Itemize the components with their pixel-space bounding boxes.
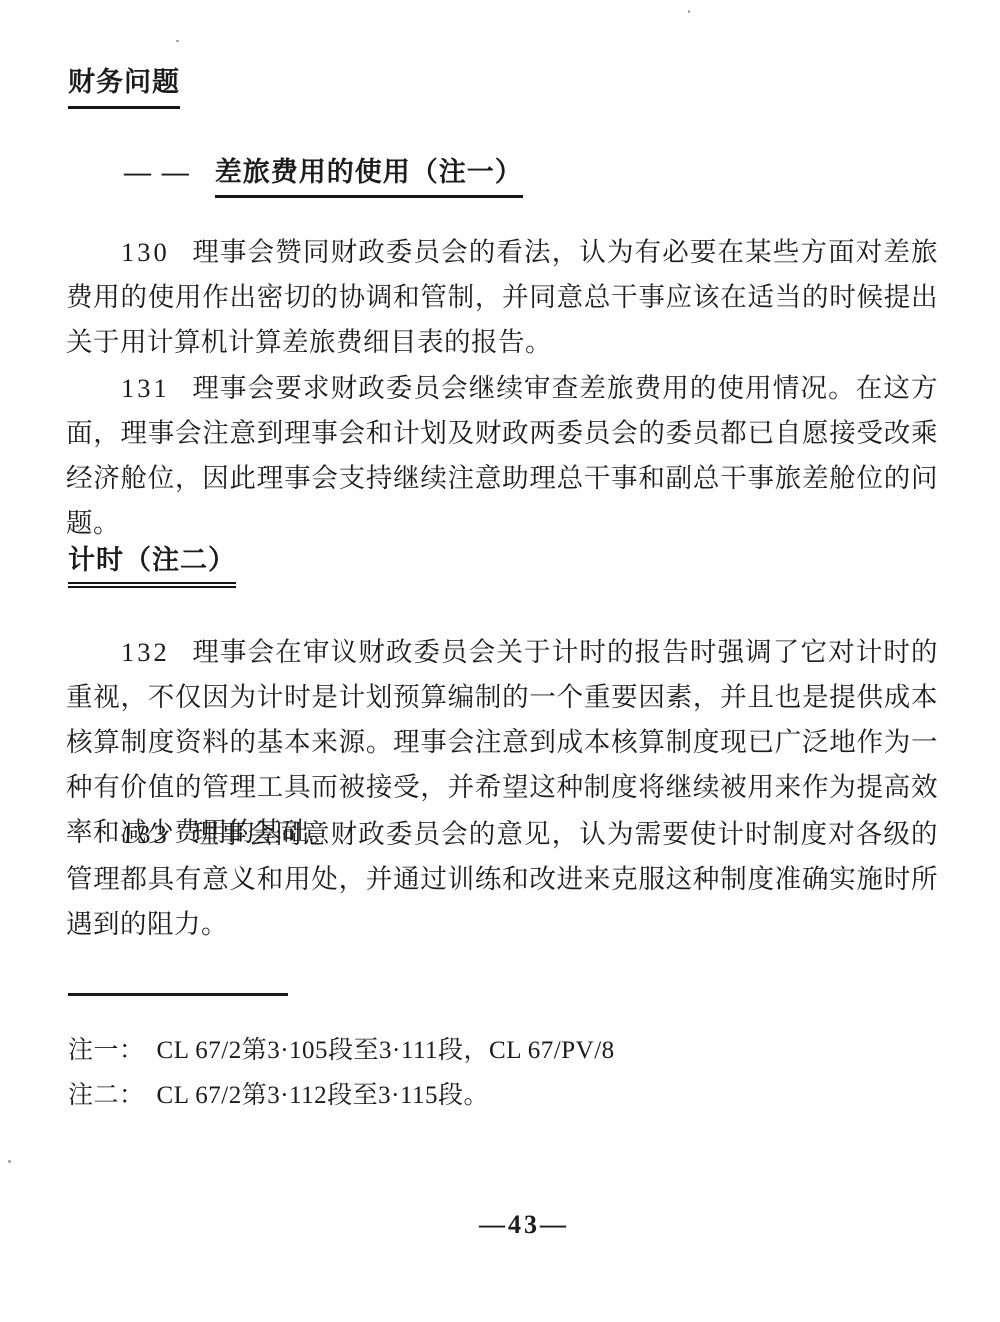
paragraph-133: 133理事会同意财政委员会的意见，认为需要使计时制度对各级的管理都具有意义和用处…: [66, 812, 938, 947]
page-number: —43—: [0, 1210, 1000, 1240]
paragraph-131-text: 理事会要求财政委员会继续审查差旅费用的使用情况。在这方面，理事会注意到理事会和计…: [66, 373, 938, 538]
footnote-separator-rule: [68, 993, 288, 996]
scan-speck: [8, 1160, 11, 1163]
section-heading-timekeeping: 计时（注二）: [68, 538, 236, 588]
footnote-2-text: CL 67/2第3·112段至3·115段。: [157, 1082, 490, 1109]
paragraph-132-number: 132: [121, 637, 170, 667]
scanned-document-page: 财务问题 — —差旅费用的使用（注一） 130理事会赞同财政委员会的看法，认为有…: [0, 0, 1000, 1322]
footnote-1-label: 注一：: [68, 1037, 145, 1064]
paragraph-130-number: 130: [121, 237, 170, 267]
list-dash-marker: — —: [124, 157, 191, 188]
section-heading-finance: 财务问题: [68, 60, 180, 109]
subsection-heading-travel-costs: — —差旅费用的使用（注一）: [124, 150, 523, 198]
paragraph-130-text: 理事会赞同财政委员会的看法，认为有必要在某些方面对差旅费用的使用作出密切的协调和…: [66, 237, 938, 357]
footnote-2-label: 注二：: [68, 1082, 145, 1109]
scan-speck: [688, 10, 690, 13]
scan-speck: [176, 40, 179, 42]
section-heading-finance-text: 财务问题: [68, 60, 180, 109]
paragraph-131: 131理事会要求财政委员会继续审查差旅费用的使用情况。在这方面，理事会注意到理事…: [66, 366, 938, 546]
subsection-title-text: 差旅费用的使用（注一）: [215, 150, 523, 198]
footnote-2: 注二：CL 67/2第3·112段至3·115段。: [68, 1075, 489, 1111]
paragraph-133-number: 133: [121, 819, 170, 849]
footnote-1: 注一：CL 67/2第3·105段至3·111段，CL 67/PV/8: [68, 1030, 615, 1066]
paragraph-133-text: 理事会同意财政委员会的意见，认为需要使计时制度对各级的管理都具有意义和用处，并通…: [66, 819, 938, 939]
paragraph-130: 130理事会赞同财政委员会的看法，认为有必要在某些方面对差旅费用的使用作出密切的…: [66, 230, 938, 365]
footnote-1-text: CL 67/2第3·105段至3·111段，CL 67/PV/8: [157, 1037, 615, 1064]
section-heading-timekeeping-text: 计时（注二）: [68, 538, 236, 588]
paragraph-131-number: 131: [121, 373, 170, 403]
